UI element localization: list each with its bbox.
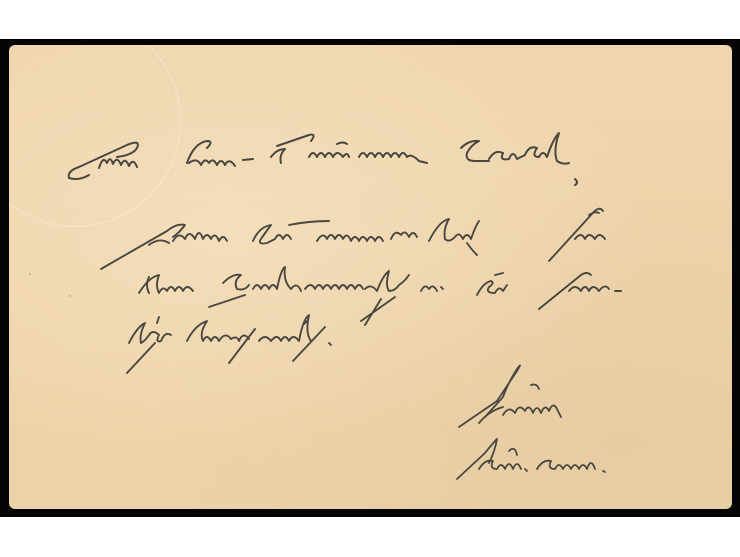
handwriting-body-1 [101,209,605,269]
postcard: Herrn Ober-Feldwebel Eckert, Haben Sie v… [9,45,732,509]
handwriting-body-3 [127,315,331,373]
handwriting-salutation [69,133,577,185]
handwriting-strokes [9,45,732,509]
handwriting-body-2 [139,267,621,325]
handwriting-signature [457,365,605,479]
